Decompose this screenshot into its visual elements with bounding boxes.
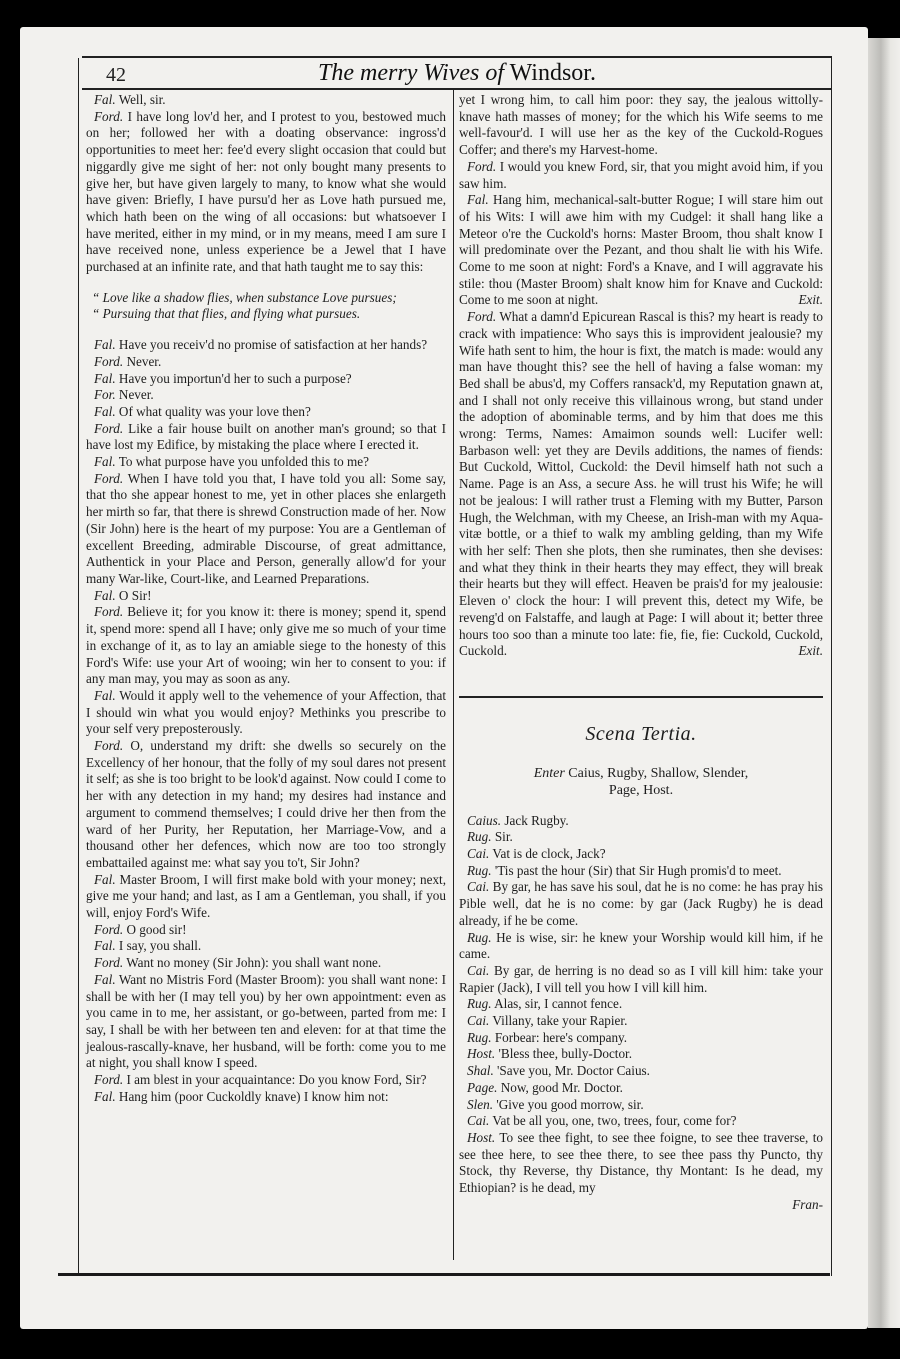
speaker: Cai. — [467, 963, 489, 978]
speech-text: 'Bless thee, bully-Doctor. — [499, 1046, 633, 1061]
speaker: Fal. — [94, 938, 116, 953]
speech: Ford. Never. — [86, 354, 446, 371]
speech-text: 'Give you good morrow, sir. — [496, 1097, 643, 1112]
speech: Rug. Alas, sir, I cannot fence. — [459, 996, 823, 1013]
speech-text: Now, good Mr. Doctor. — [501, 1080, 623, 1095]
speech: Fal. Of what quality was your love then? — [86, 404, 446, 421]
speech: Fal. Hang him, mechanical-salt-butter Ro… — [459, 192, 823, 309]
speaker: Fal. — [94, 1089, 116, 1104]
speech: Fal. Master Broom, I will first make bol… — [86, 872, 446, 922]
speech: Ford. Like a fair house built on another… — [86, 421, 446, 454]
speech-continuation: yet I wrong him, to call him poor: they … — [459, 92, 823, 159]
speech: Cai. Vat be all you, one, two, trees, fo… — [459, 1113, 823, 1130]
speech-text: I say, you shall. — [119, 938, 201, 953]
speaker: Fal. — [94, 371, 116, 386]
speech: Ford. I have long lov'd her, and I prote… — [86, 109, 446, 276]
speaker: Cai. — [467, 846, 489, 861]
speaker: Cai. — [467, 1013, 489, 1028]
speaker: Fal. — [94, 92, 116, 107]
scene-rule — [459, 696, 823, 698]
speaker: Ford. — [467, 309, 496, 324]
speech-text: By gar, he has save his soul, dat he is … — [459, 879, 823, 927]
entrance-characters-1: Caius, Rugby, Shallow, Slender, — [568, 766, 748, 781]
speech-text: By gar, de herring is no dead so as I vi… — [459, 963, 823, 995]
exit-direction: Exit. — [798, 643, 823, 660]
speech: Fal. I say, you shall. — [86, 938, 446, 955]
speaker: Page. — [467, 1080, 497, 1095]
facing-page-edge — [868, 38, 900, 1328]
speaker: Fal. — [94, 454, 116, 469]
speech-text: Hang him (poor Cuckoldly knave) I know h… — [119, 1089, 389, 1104]
speech: Fal. O Sir! — [86, 588, 446, 605]
speech-text: Alas, sir, I cannot fence. — [494, 996, 622, 1011]
speaker: Fal. — [94, 972, 116, 987]
speech: Rug. Sir. — [459, 829, 823, 846]
speech: Fal. Have you importun'd her to such a p… — [86, 371, 446, 388]
speech: Ford. When I have told you that, I have … — [86, 471, 446, 588]
speech: Rug. He is wise, sir: he knew your Worsh… — [459, 930, 823, 963]
speech-text: Well, sir. — [119, 92, 166, 107]
speech: Cai. Vat is de clock, Jack? — [459, 846, 823, 863]
verse-line: “ Pursuing that that flies, and flying w… — [86, 306, 446, 323]
speech-text: I would you knew Ford, sir, that you mig… — [459, 159, 823, 191]
speech-text: Forbear: here's company. — [495, 1030, 627, 1045]
speaker: Caius. — [467, 813, 501, 828]
speech-text: I am blest in your acquaintance: Do you … — [126, 1072, 426, 1087]
speech: Fal. To what purpose have you unfolded t… — [86, 454, 446, 471]
running-title-roman: Windsor. — [510, 60, 596, 86]
speaker: Shal. — [467, 1063, 494, 1078]
speech: Cai. Villany, take your Rapier. — [459, 1013, 823, 1030]
speech-text: When I have told you that, I have told y… — [86, 471, 446, 586]
speech: Rug. Forbear: here's company. — [459, 1030, 823, 1047]
scene-title: Scena Tertia. — [459, 726, 823, 743]
speech: Host. To see thee fight, to see thee foi… — [459, 1130, 823, 1197]
speech-text: Never. — [126, 354, 161, 369]
speech: Ford. O good sir! — [86, 922, 446, 939]
bottom-rule — [58, 1273, 830, 1276]
speech: Fal. Would it apply well to the vehemenc… — [86, 688, 446, 738]
speech-text: He is wise, sir: he knew your Worship wo… — [459, 930, 823, 962]
left-column: Fal. Well, sir. Ford. I have long lov'd … — [86, 92, 446, 1105]
speech: Ford. I am blest in your acquaintance: D… — [86, 1072, 446, 1089]
speech: Fal. Want no Mistris Ford (Master Broom)… — [86, 972, 446, 1072]
speech-text: Of what quality was your love then? — [119, 404, 311, 419]
header-rule — [82, 88, 832, 90]
speech: Ford. I would you knew Ford, sir, that y… — [459, 159, 823, 192]
speech-text: Jack Rugby. — [504, 813, 568, 828]
speech-text: Sir. — [495, 829, 513, 844]
speaker: Fal. — [94, 404, 116, 419]
speaker: Ford. — [94, 955, 123, 970]
speaker: Cai. — [467, 879, 489, 894]
speech-text: To what purpose have you unfolded this t… — [119, 454, 369, 469]
speaker: Host. — [467, 1130, 495, 1145]
exit-direction: Exit. — [798, 292, 823, 309]
speech-text: Have you receiv'd no promise of satisfac… — [119, 337, 427, 352]
column-divider — [453, 90, 454, 1260]
speaker: Fal. — [94, 872, 116, 887]
speech: Fal. Have you receiv'd no promise of sat… — [86, 337, 446, 354]
catchword: Fran- — [459, 1197, 823, 1214]
speech-text: O, understand my drift: she dwells so se… — [86, 738, 446, 870]
speaker: Fal. — [94, 588, 116, 603]
speech: Shal. 'Save you, Mr. Doctor Caius. — [459, 1063, 823, 1080]
speech: Caius. Jack Rugby. — [459, 813, 823, 830]
speech: Ford. Want no money (Sir John): you shal… — [86, 955, 446, 972]
speaker: For. — [94, 387, 116, 402]
speech-text: O good sir! — [126, 922, 186, 937]
speech-text: Villany, take your Rapier. — [492, 1013, 627, 1028]
running-title-italic: The merry Wives of — [318, 60, 504, 86]
speaker: Ford. — [94, 922, 123, 937]
speaker: Ford. — [94, 471, 123, 486]
speech: Cai. By gar, he has save his soul, dat h… — [459, 879, 823, 929]
speech-text: Vat be all you, one, two, trees, four, c… — [492, 1113, 736, 1128]
speaker: Rug. — [467, 1030, 492, 1045]
running-header: 42 The merry Wives of Windsor. — [82, 58, 832, 88]
speech: Ford. What a damn'd Epicurean Rascal is … — [459, 309, 823, 660]
speech-text: Believe it; for you know it: there is mo… — [86, 604, 446, 686]
speaker: Host. — [467, 1046, 495, 1061]
speaker: Slen. — [467, 1097, 493, 1112]
speech-text: Want no money (Sir John): you shall want… — [126, 955, 381, 970]
scene-dialogue-block: Caius. Jack Rugby.Rug. Sir.Cai. Vat is d… — [459, 813, 823, 1197]
speech-text: 'Save you, Mr. Doctor Caius. — [497, 1063, 650, 1078]
entrance-characters-2: Page, Host. — [609, 783, 673, 798]
speaker: Rug. — [467, 829, 492, 844]
speaker: Cai. — [467, 1113, 489, 1128]
speech: Ford. O, understand my drift: she dwells… — [86, 738, 446, 872]
speech-text: I have long lov'd her, and I protest to … — [86, 109, 446, 274]
speech-text: Vat is de clock, Jack? — [492, 846, 605, 861]
speaker: Fal. — [94, 337, 116, 352]
speech: For. Never. — [86, 387, 446, 404]
speech: Ford. Believe it; for you know it: there… — [86, 604, 446, 688]
verse-line: “ Love like a shadow flies, when substan… — [86, 290, 446, 307]
running-title: The merry Wives of Windsor. — [82, 60, 832, 87]
speaker: Rug. — [467, 930, 492, 945]
speech-text: 'Tis past the hour (Sir) that Sir Hugh p… — [495, 863, 782, 878]
speaker: Ford. — [94, 354, 123, 369]
speech-text: Hang him, mechanical-salt-butter Rogue; … — [459, 192, 823, 307]
speaker: Ford. — [94, 421, 123, 436]
speech-text: Would it apply well to the vehemence of … — [86, 688, 446, 736]
speech-text: Never. — [119, 387, 154, 402]
speech: Host. 'Bless thee, bully-Doctor. — [459, 1046, 823, 1063]
speech: Page. Now, good Mr. Doctor. — [459, 1080, 823, 1097]
speech: Cai. By gar, de herring is no dead so as… — [459, 963, 823, 996]
speaker: Fal. — [467, 192, 489, 207]
speech: Fal. Hang him (poor Cuckoldly knave) I k… — [86, 1089, 446, 1106]
stage-direction: Enter Caius, Rugby, Shallow, Slender, Pa… — [459, 765, 823, 799]
speaker: Fal. — [94, 688, 116, 703]
speech-text: To see thee fight, to see thee foigne, t… — [459, 1130, 823, 1195]
speaker: Ford. — [94, 604, 123, 619]
speaker: Rug. — [467, 863, 492, 878]
speech: Rug. 'Tis past the hour (Sir) that Sir H… — [459, 863, 823, 880]
speaker: Ford. — [94, 109, 123, 124]
speech-text: Have you importun'd her to such a purpos… — [119, 371, 352, 386]
speaker: Rug. — [467, 996, 492, 1011]
enter-keyword: Enter — [534, 766, 565, 781]
speaker: Ford. — [94, 1072, 123, 1087]
speech-text: Want no Mistris Ford (Master Broom): you… — [86, 972, 446, 1071]
speaker: Ford. — [467, 159, 496, 174]
speech-text: What a damn'd Epicurean Rascal is this? … — [459, 309, 823, 658]
speech: Fal. Well, sir. — [86, 92, 446, 109]
verse-quotation: “ Love like a shadow flies, when substan… — [86, 290, 446, 323]
speaker: Ford. — [94, 738, 123, 753]
speech-text: Like a fair house built on another man's… — [86, 421, 446, 453]
speech: Slen. 'Give you good morrow, sir. — [459, 1097, 823, 1114]
dialogue-block: Ford. I would you knew Ford, sir, that y… — [459, 159, 823, 660]
speech-text: O Sir! — [119, 588, 152, 603]
speech-text: Master Broom, I will first make bold wit… — [86, 872, 446, 920]
dialogue-block: Fal. Have you receiv'd no promise of sat… — [86, 337, 446, 1105]
right-column: yet I wrong him, to call him poor: they … — [459, 92, 823, 1213]
